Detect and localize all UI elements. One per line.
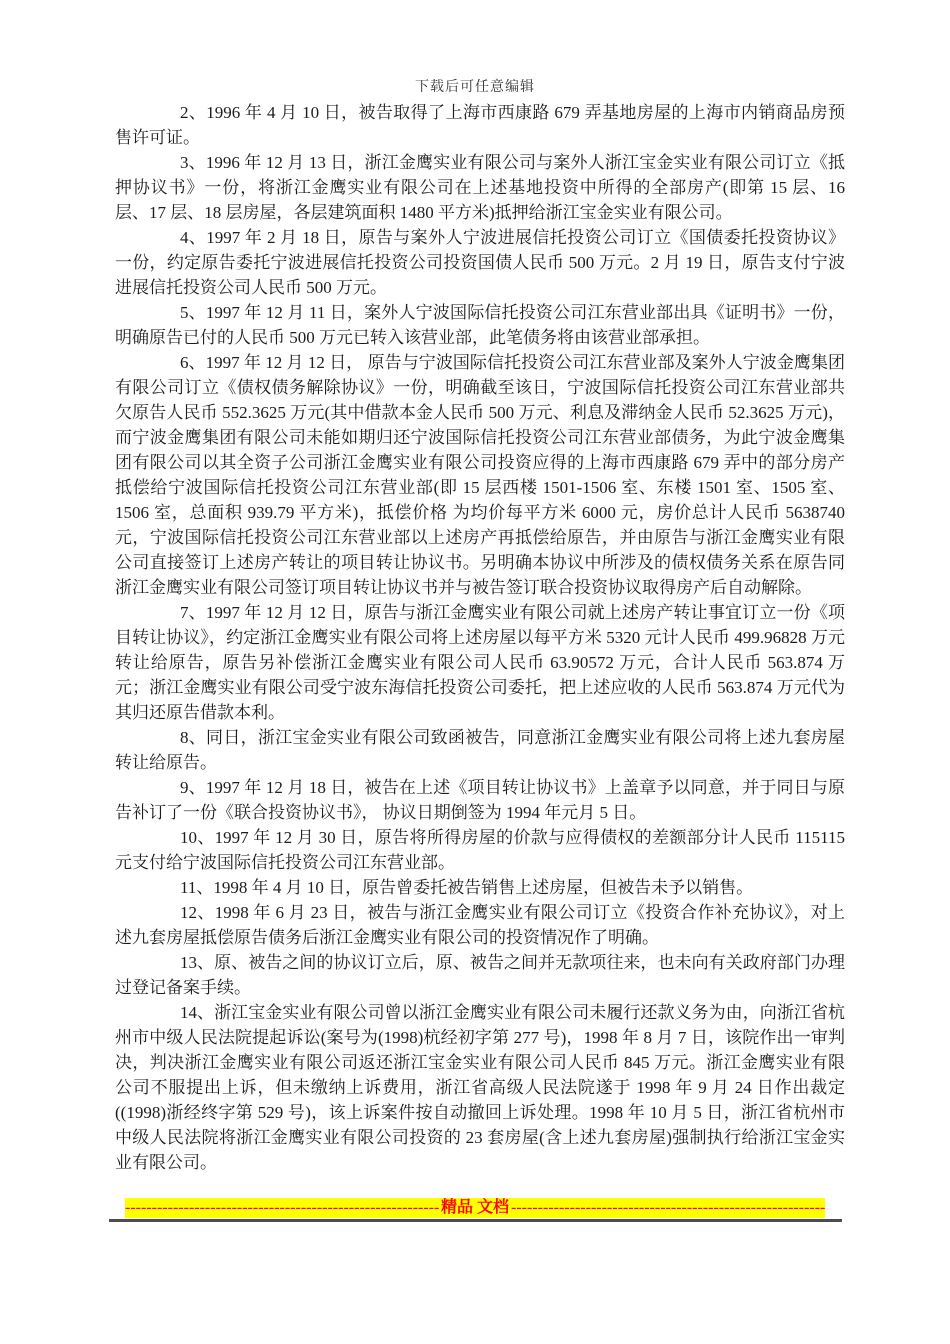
footer-dashes-left: ----------------------------------------…: [125, 1198, 439, 1218]
document-page: 下载后可任意编辑 2、1996 年 4 月 10 日，被告取得了上海市西康路 6…: [0, 0, 950, 1344]
document-paragraph: 14、浙江宝金实业有限公司曾以浙江金鹰实业有限公司未履行还款义务为由，向浙江省杭…: [115, 1000, 845, 1175]
document-body: 2、1996 年 4 月 10 日，被告取得了上海市西康路 679 弄基地房屋的…: [115, 100, 845, 1175]
document-paragraph: 2、1996 年 4 月 10 日，被告取得了上海市西康路 679 弄基地房屋的…: [115, 100, 845, 150]
footer-dashes-right: ----------------------------------------…: [511, 1198, 825, 1218]
document-paragraph: 5、1997 年 12 月 11 日，案外人宁波国际信托投资公司江东营业部出具《…: [115, 300, 845, 350]
document-paragraph: 10、1997 年 12 月 30 日，原告将所得房屋的价款与应得债权的差额部分…: [115, 825, 845, 875]
page-footer: ----------------------------------------…: [0, 1198, 950, 1222]
footer-highlight-band: ----------------------------------------…: [125, 1198, 825, 1218]
document-paragraph: 8、同日，浙江宝金实业有限公司致函被告，同意浙江金鹰实业有限公司将上述九套房屋转…: [115, 725, 845, 775]
document-paragraph: 12、1998 年 6 月 23 日，被告与浙江金鹰实业有限公司订立《投资合作补…: [115, 900, 845, 950]
footer-rule: [109, 1219, 842, 1222]
page-header: 下载后可任意编辑: [0, 76, 950, 96]
document-paragraph: 4、1997 年 2 月 18 日，原告与案外人宁波进展信托投资公司订立《国债委…: [115, 225, 845, 300]
document-paragraph: 13、原、被告之间的协议订立后，原、被告之间并无款项往来，也未向有关政府部门办理…: [115, 950, 845, 1000]
document-paragraph: 9、1997 年 12 月 18 日，被告在上述《项目转让协议书》上盖章予以同意…: [115, 775, 845, 825]
document-paragraph: 6、1997 年 12 月 12 日， 原告与宁波国际信托投资公司江东营业部及案…: [115, 350, 845, 600]
document-paragraph: 11、1998 年 4 月 10 日，原告曾委托被告销售上述房屋，但被告未予以销…: [115, 875, 845, 900]
footer-label: 精品 文档: [439, 1198, 511, 1218]
header-note: 下载后可任意编辑: [415, 80, 535, 95]
document-paragraph: 3、1996 年 12 月 13 日，浙江金鹰实业有限公司与案外人浙江宝金实业有…: [115, 150, 845, 225]
document-paragraph: 7、1997 年 12 月 12 日，原告与浙江金鹰实业有限公司就上述房产转让事…: [115, 600, 845, 725]
